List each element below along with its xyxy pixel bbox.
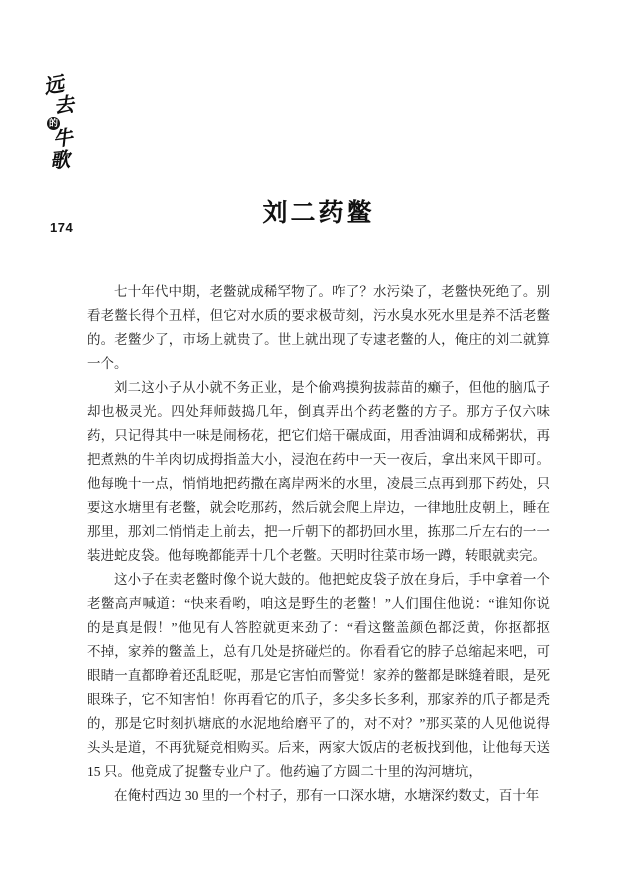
text-line: 装进蛇皮袋。他每晚都能弄十几个老鳖。天明时往菜市场一蹲，转眼就卖完。 bbox=[87, 544, 550, 568]
text-line: 要这水塘里有老鳖，就会吃那药，然后就会爬上岸边，一律地肚皮朝上，睡在 bbox=[87, 496, 550, 520]
text-line: 头头是道，不再犹疑竞相购买。后来，两家大饭店的老板找到他，让他每天送 bbox=[87, 736, 550, 760]
text-line: 那里，那刘二悄悄走上前去，把一斤朝下的都扔回水里，拣那二斤左右的一一 bbox=[87, 520, 550, 544]
chapter-title: 刘二药鳖 bbox=[87, 193, 550, 229]
logo-char: 去 bbox=[53, 95, 75, 118]
book-page: 远去的牛歌 174 刘二药鳖 七十年代中期，老鳖就成稀罕物了。咋了？水污染了，老… bbox=[0, 0, 634, 891]
text-line: 眼珠子，它不知害怕！你再看它的爪子，多尖多长多利，那家养的爪子都是秃 bbox=[87, 688, 550, 712]
text-line: 不掉，家养的鳖盖上，总有几处是挤碰烂的。你看看它的脖子总缩起来吧，可 bbox=[87, 640, 550, 664]
logo-char: 歌 bbox=[49, 150, 71, 173]
text-line: 的。老鳖少了，市场上就贵了。世上就出现了专逮老鳖的人，俺庄的刘二就算 bbox=[87, 328, 550, 352]
paragraph: 七十年代中期，老鳖就成稀罕物了。咋了？水污染了，老鳖快死绝了。别看老鳖长得个丑样… bbox=[87, 280, 550, 376]
text-line: 却也极灵光。四处拜师鼓捣几年，倒真弄出个药老鳖的方子。那方子仅六味 bbox=[87, 400, 550, 424]
body-text: 七十年代中期，老鳖就成稀罕物了。咋了？水污染了，老鳖快死绝了。别看老鳖长得个丑样… bbox=[87, 280, 550, 808]
series-calligraphy-logo: 远去的牛歌 bbox=[44, 76, 84, 172]
text-line: 15 只。他竟成了捉鳖专业户了。他药遍了方圆二十里的沟河塘坑， bbox=[87, 760, 550, 784]
text-line: 一个。 bbox=[87, 352, 550, 376]
paragraph: 在俺村西边 30 里的一个村子，那有一口深水塘，水塘深约数丈，百十年 bbox=[87, 784, 550, 808]
text-line: 刘二这小子从小就不务正业，是个偷鸡摸狗拔蒜苗的癞子，但他的脑瓜子 bbox=[87, 376, 550, 400]
text-line: 眼睛一直都睁着还乱眨呢，那是它害怕而警觉！家养的鳖都是眯缝着眼，是死 bbox=[87, 664, 550, 688]
text-line: 七十年代中期，老鳖就成稀罕物了。咋了？水污染了，老鳖快死绝了。别 bbox=[87, 280, 550, 304]
paragraph: 刘二这小子从小就不务正业，是个偷鸡摸狗拔蒜苗的癞子，但他的脑瓜子却也极灵光。四处… bbox=[87, 376, 550, 568]
text-line: 的是真是假！”他见有人答腔就更来劲了：“看这鳖盖颜色都泛黄，你抠都抠 bbox=[87, 616, 550, 640]
page-number: 174 bbox=[50, 220, 73, 235]
text-line: 的，那是它时刻扒塘底的水泥地给磨平了的，对不对？”那买菜的人见他说得 bbox=[87, 712, 550, 736]
text-line: 这小子在卖老鳖时像个说大鼓的。他把蛇皮袋子放在身后，手中拿着一个 bbox=[87, 568, 550, 592]
paragraph: 这小子在卖老鳖时像个说大鼓的。他把蛇皮袋子放在身后，手中拿着一个老鳖高声喊道：“… bbox=[87, 568, 550, 784]
logo-char: 牛 bbox=[52, 128, 75, 152]
text-line: 药，只记得其中一味是闹杨花，把它们焙干碾成面，用香油调和成稀粥状，再 bbox=[87, 424, 550, 448]
text-line: 他每晚十一点，悄悄地把药撒在离岸两米的水里，凌晨三点再到那下药处，只 bbox=[87, 472, 550, 496]
text-line: 老鳖高声喊道：“快来看哟，咱这是野生的老鳖！”人们围住他说：“谁知你说 bbox=[87, 592, 550, 616]
text-line: 把煮熟的牛羊肉切成拇指盖大小，浸泡在药中一天一夜后，拿出来风干即可。 bbox=[87, 448, 550, 472]
text-line: 在俺村西边 30 里的一个村子，那有一口深水塘，水塘深约数丈，百十年 bbox=[87, 784, 550, 808]
text-line: 看老鳖长得个丑样，但它对水质的要求极苛刻，污水臭水死水里是养不活老鳖 bbox=[87, 304, 550, 328]
